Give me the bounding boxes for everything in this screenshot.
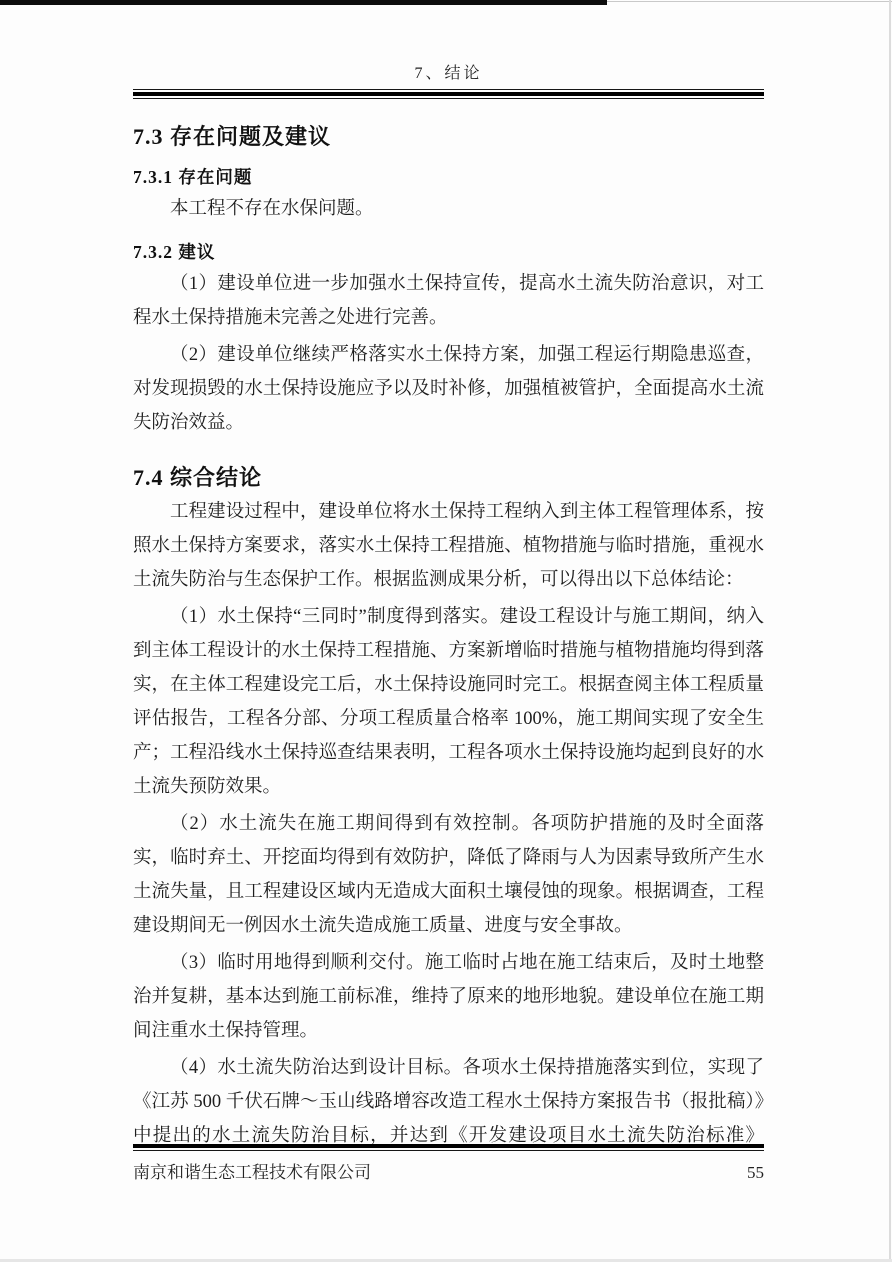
chapter-header-title: 7、结论 [133,60,764,83]
page-footer: 南京和谐生态工程技术有限公司 55 [133,1144,764,1183]
paragraph-7-3-2-item-1: （1）建设单位进一步加强水土保持宣传，提高水土流失防治意识，对工程水土保持措施未… [133,267,764,335]
document-page: 7、结论 7.3 存在问题及建议 7.3.1 存在问题 本工程不存在水保问题。 … [0,0,892,1262]
footer-company: 南京和谐生态工程技术有限公司 [133,1158,371,1183]
paragraph-7-3-2-item-2: （2）建设单位继续严格落实水土保持方案，加强工程运行期隐患巡查，对发现损毁的水土… [133,338,764,440]
paragraph-7-4-item-4: （4）水土流失防治达到设计目标。各项水土保持措施落实到位，实现了《江苏 500 … [133,1051,764,1153]
header-double-rule [133,89,764,99]
running-header: 7、结论 [133,0,764,99]
paragraph-7-4-item-3: （3）临时用地得到顺利交付。施工临时占地在施工结束后，及时土地整治并复耕，基本达… [133,946,764,1048]
footer-page-number: 55 [747,1163,764,1183]
page-content: 7、结论 7.3 存在问题及建议 7.3.1 存在问题 本工程不存在水保问题。 … [133,0,764,1153]
scan-right-edge [889,0,891,1262]
subsection-heading-7-3-1: 7.3.1 存在问题 [133,164,764,189]
section-heading-7-4: 7.4 综合结论 [133,461,764,492]
paragraph-7-4-item-1: （1）水土保持“三同时”制度得到落实。建设工程设计与施工期间，纳入到主体工程设计… [133,600,764,804]
paragraph-7-4-item-2: （2）水土流失在施工期间得到有效控制。各项防护措施的及时全面落实，临时弃土、开挖… [133,807,764,943]
section-heading-7-3: 7.3 存在问题及建议 [133,120,764,151]
paragraph-7-4-intro: 工程建设过程中，建设单位将水土保持工程纳入到主体工程管理体系，按照水土保持方案要… [133,495,764,597]
subsection-heading-7-3-2: 7.3.2 建议 [133,239,764,264]
paragraph-7-3-1: 本工程不存在水保问题。 [133,192,764,226]
footer-rule [133,1144,764,1151]
